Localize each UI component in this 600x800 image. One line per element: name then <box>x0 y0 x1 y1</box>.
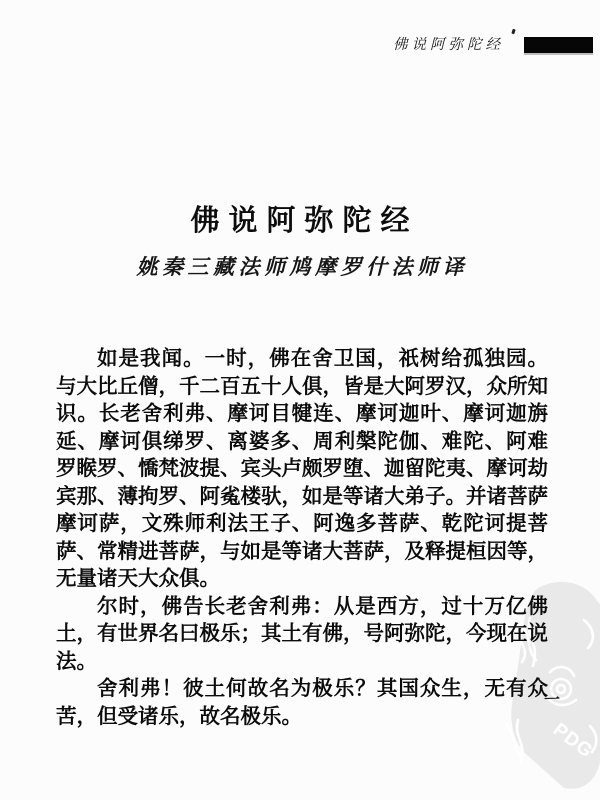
text-line: 舍利弗！彼土何故名为极乐？其国众生，无有众 <box>56 675 548 703</box>
text-line: 宾那、薄拘罗、阿㝹楼驮，如是等诸大弟子。并诸菩萨 <box>56 483 548 511</box>
translator-line: 姚秦三藏法师鸠摩罗什法师译 <box>0 251 600 281</box>
page-number: 一 <box>544 687 561 711</box>
watermark-pdg-text: PDG <box>549 719 597 762</box>
paragraph: 舍利弗！彼土何故名为极乐？其国众生，无有众苦，但受诸乐，故名极乐。 <box>56 675 548 730</box>
text-line: 法。 <box>56 648 548 676</box>
sutra-title: 佛说阿弥陀经 <box>0 198 600 239</box>
scanned-page: 佛说阿弥陀经 佛说阿弥陀经 姚秦三藏法师鸠摩罗什法师译 PDG 如是 <box>0 0 600 800</box>
text-line: 土，有世界名曰极乐；其土有佛，号阿弥陀，今现在说 <box>56 620 548 648</box>
redaction-bar <box>524 37 593 53</box>
text-line: 无量诸天大众俱。 <box>56 565 548 593</box>
text-line: 萨、常精进菩萨，与如是等诸大菩萨，及释提桓因等， <box>56 538 548 566</box>
text-line: 与大比丘僧，千二百五十人俱，皆是大阿罗汉，众所知 <box>56 373 548 401</box>
sutra-body: 如是我闻。一时，佛在舍卫国，祇树给孤独园。与大比丘僧，千二百五十人俱，皆是大阿罗… <box>56 345 548 730</box>
paragraph: 如是我闻。一时，佛在舍卫国，祇树给孤独园。与大比丘僧，千二百五十人俱，皆是大阿罗… <box>56 345 548 593</box>
paragraph: 尔时，佛告长老舍利弗：从是西方，过十万亿佛土，有世界名曰极乐；其土有佛，号阿弥陀… <box>56 593 548 676</box>
text-line: 尔时，佛告长老舍利弗：从是西方，过十万亿佛 <box>56 593 548 621</box>
text-line: 如是我闻。一时，佛在舍卫国，祇树给孤独园。 <box>56 345 548 373</box>
text-line: 摩诃萨，文殊师利法王子、阿逸多菩萨、乾陀诃提菩 <box>56 510 548 538</box>
text-line: 延、摩诃俱绨罗、离婆多、周利槃陀伽、难陀、阿难陀、 <box>56 428 548 456</box>
text-line: 识。长老舍利弗、摩诃目犍连、摩诃迦叶、摩诃迦旃 <box>56 400 548 428</box>
header-dot-mark <box>511 29 515 35</box>
text-line: 苦，但受诸乐，故名极乐。 <box>56 703 548 731</box>
running-header-title: 佛说阿弥陀经 <box>393 33 504 54</box>
text-line: 罗睺罗、憍梵波提、宾头卢颇罗堕、迦留陀夷、摩诃劫 <box>56 455 548 483</box>
